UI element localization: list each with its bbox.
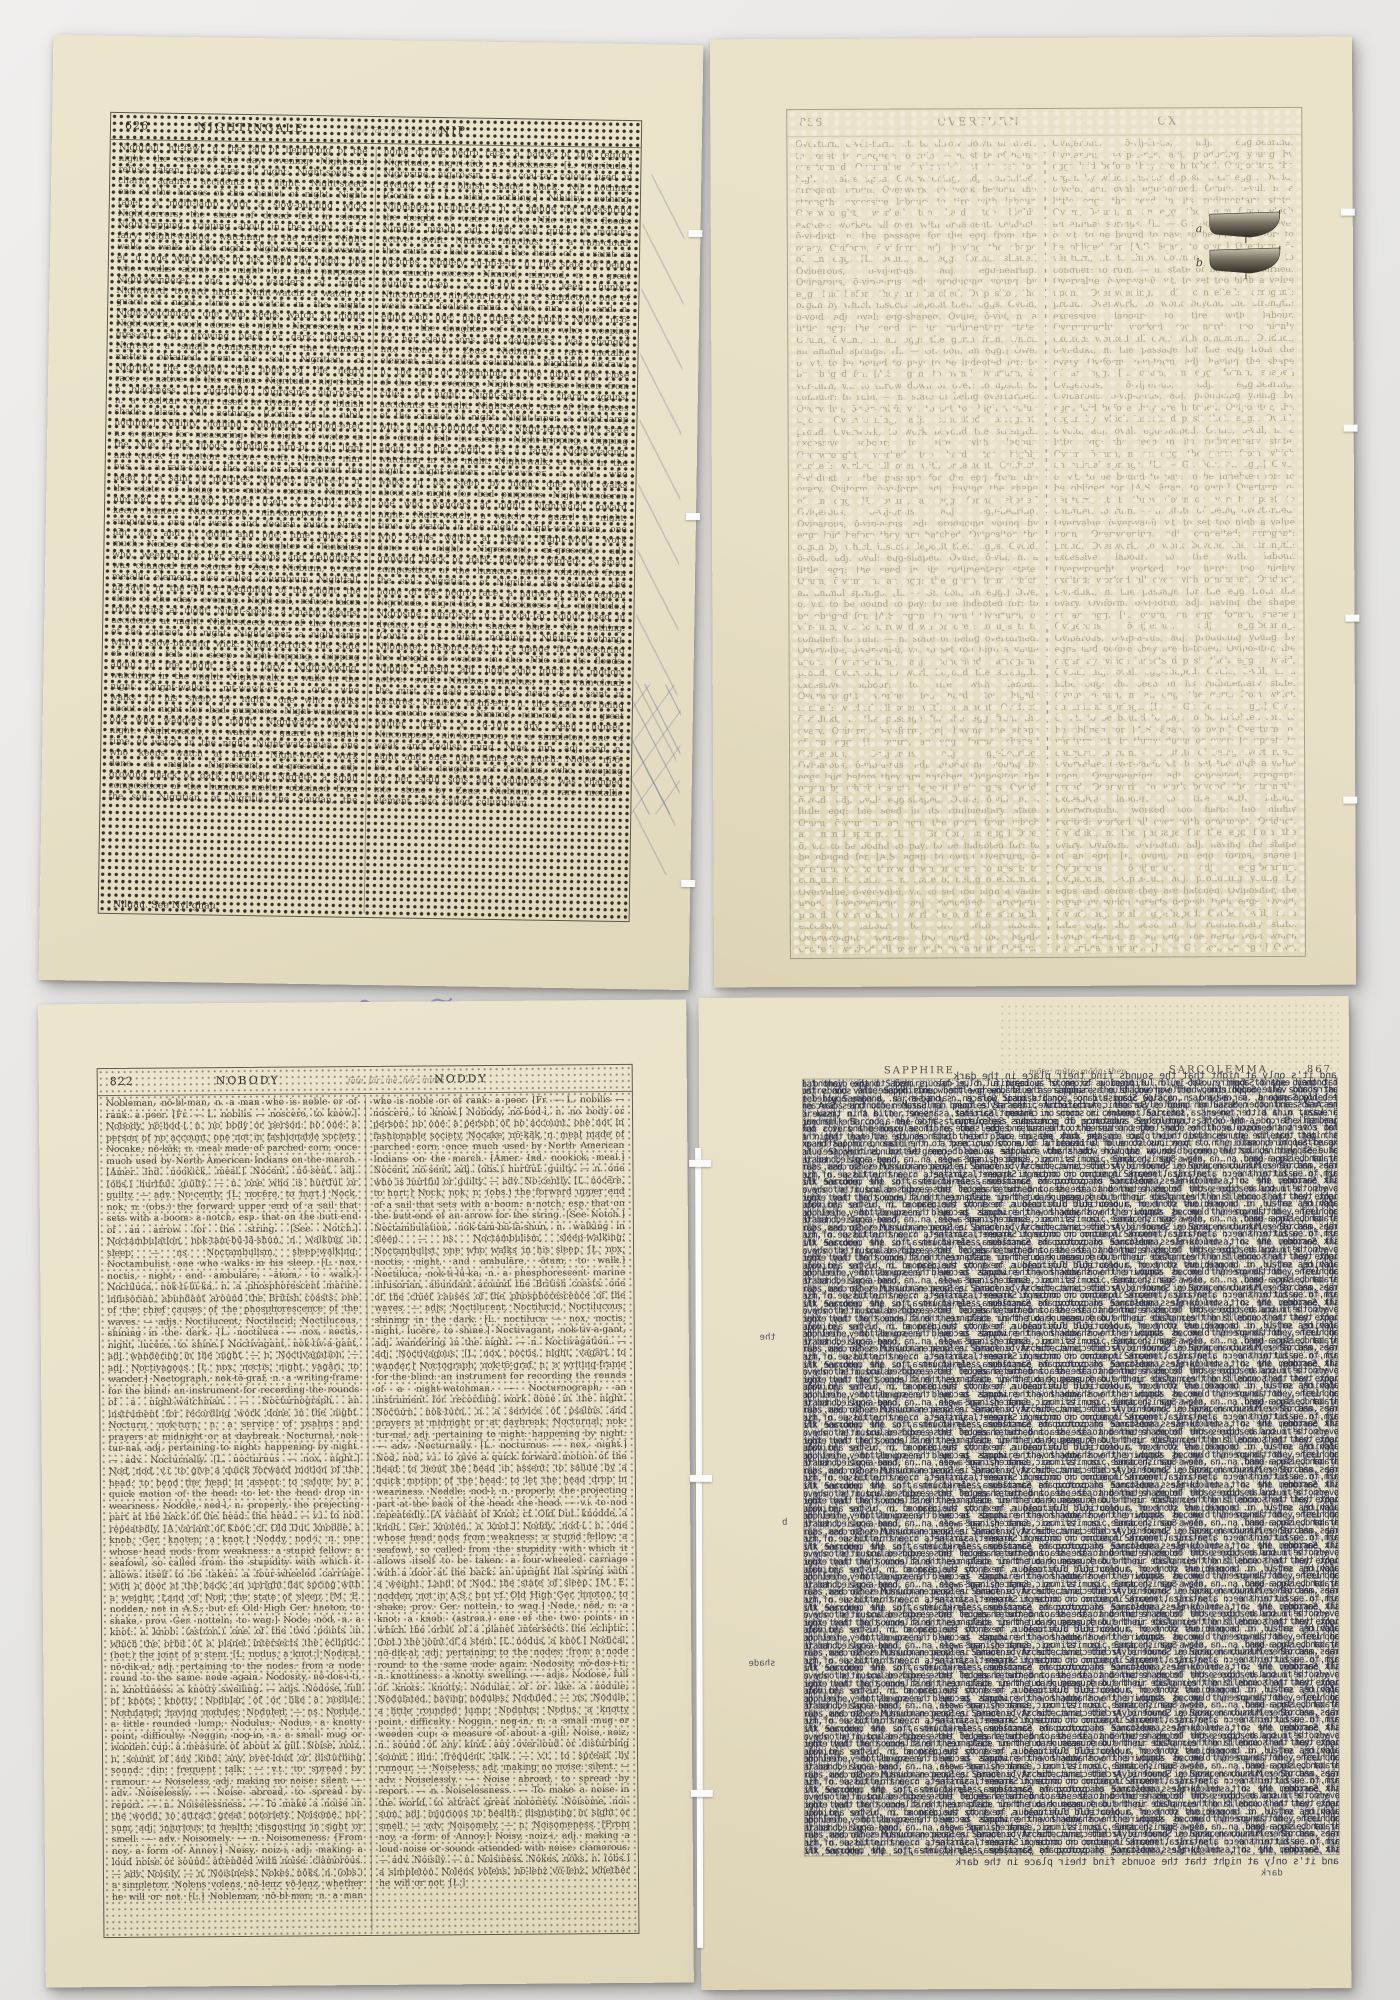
hull-shapes <box>1208 210 1286 280</box>
binding-thread-stitch <box>690 1475 712 1482</box>
page-nightingale-nip: 626 NIGHTINGALE fāte, fär; mē, hėr; mīne… <box>39 35 704 990</box>
printed-border: 822 NOBODY fāte, fär; mē, hėr; mīne; NOD… <box>97 1064 640 1938</box>
figure-label-a: a <box>1196 222 1203 235</box>
head-word-left: NIGHTINGALE <box>197 120 305 135</box>
stitch-thread <box>686 513 700 520</box>
dictionary-text: Nobleman, nō-bl-man, n. a man who is nob… <box>106 1095 631 1933</box>
margin-fragment-dark: dark <box>1261 1868 1283 1878</box>
page-overturn-ox: 856 OVERTURN OX Overturn, ō-vėr-turn, v.… <box>710 37 1356 988</box>
running-head: 626 NIGHTINGALE fāte, fär; mē, hėr; mīne… <box>111 113 641 148</box>
page-nobody-noddy: 822 NOBODY fāte, fär; mē, hėr; mīne; NOD… <box>38 999 694 1987</box>
photo-of-pages: 626 NIGHTINGALE fāte, fär; mē, hėr; mīne… <box>0 0 1400 2000</box>
margin-fragment-the: the <box>760 1333 776 1343</box>
running-head: 856 OVERTURN OX <box>787 108 1301 137</box>
head-word-left: OVERTURN <box>937 115 1020 128</box>
running-head: 822 NOBODY fāte, fär; mē, hėr; mīne; NOD… <box>98 1065 632 1096</box>
stitch-thread <box>1341 209 1355 216</box>
figure-caption-nilgau: Nilgau. See Nyl-ghau. <box>113 899 219 912</box>
page-number: 626 <box>125 119 149 132</box>
stitch-thread <box>681 880 695 887</box>
typewriter-overprint-block: and it's only at night that the sounds f… <box>803 1078 1339 1855</box>
stitch-thread <box>1343 797 1357 804</box>
page-number: 856 <box>799 116 823 129</box>
binding-thread-vertical <box>695 1148 703 1948</box>
pronunciation-key: fāte, fär; mē, hėr; mīne; <box>348 1075 445 1085</box>
stitch-thread <box>1345 615 1359 622</box>
head-word-right: NIP <box>439 124 467 137</box>
head-word-right: NODDY <box>434 1072 488 1085</box>
typed-layer-offset: and it's only at night that the sounds f… <box>803 1078 1339 1855</box>
pronunciation-key: fāte, fär; mē, hėr; mīne; <box>351 126 448 137</box>
binding-thread-stitch <box>691 1790 713 1797</box>
show-through-dots <box>999 1002 1339 1073</box>
pen-hatch-marks <box>632 174 685 875</box>
page-number: 822 <box>110 1075 134 1088</box>
printed-border: 856 OVERTURN OX Overturn, ō-vėr-turn, v.… <box>786 107 1306 959</box>
printed-border: 626 NIGHTINGALE fāte, fär; mē, hėr; mīne… <box>98 112 643 922</box>
figure-label-b: b <box>1196 256 1203 269</box>
typed-sentence-bottom-mirrored: and it's only at night that the sounds f… <box>809 1856 1339 1868</box>
pen-crosshatch-scribble <box>629 684 681 815</box>
dictionary-text: Nightfall, nīt-fawl, n. the fall or begi… <box>107 143 633 917</box>
stitch-thread <box>1344 425 1358 432</box>
margin-fragment-b: b <box>782 1518 787 1528</box>
binding-thread-stitch <box>689 1160 711 1167</box>
stitch-thread <box>688 230 702 237</box>
hull-section-engraving: a b <box>1196 210 1286 280</box>
head-word-right: OX <box>1157 114 1178 127</box>
margin-fragment-shade: shade <box>748 1659 775 1669</box>
head-word-left: NOBODY <box>216 1074 280 1088</box>
page-sapphire-sarcolemma: SAPPHIRE mōte; mūte; mōōn; then. SARCOLE… <box>699 996 1352 1990</box>
